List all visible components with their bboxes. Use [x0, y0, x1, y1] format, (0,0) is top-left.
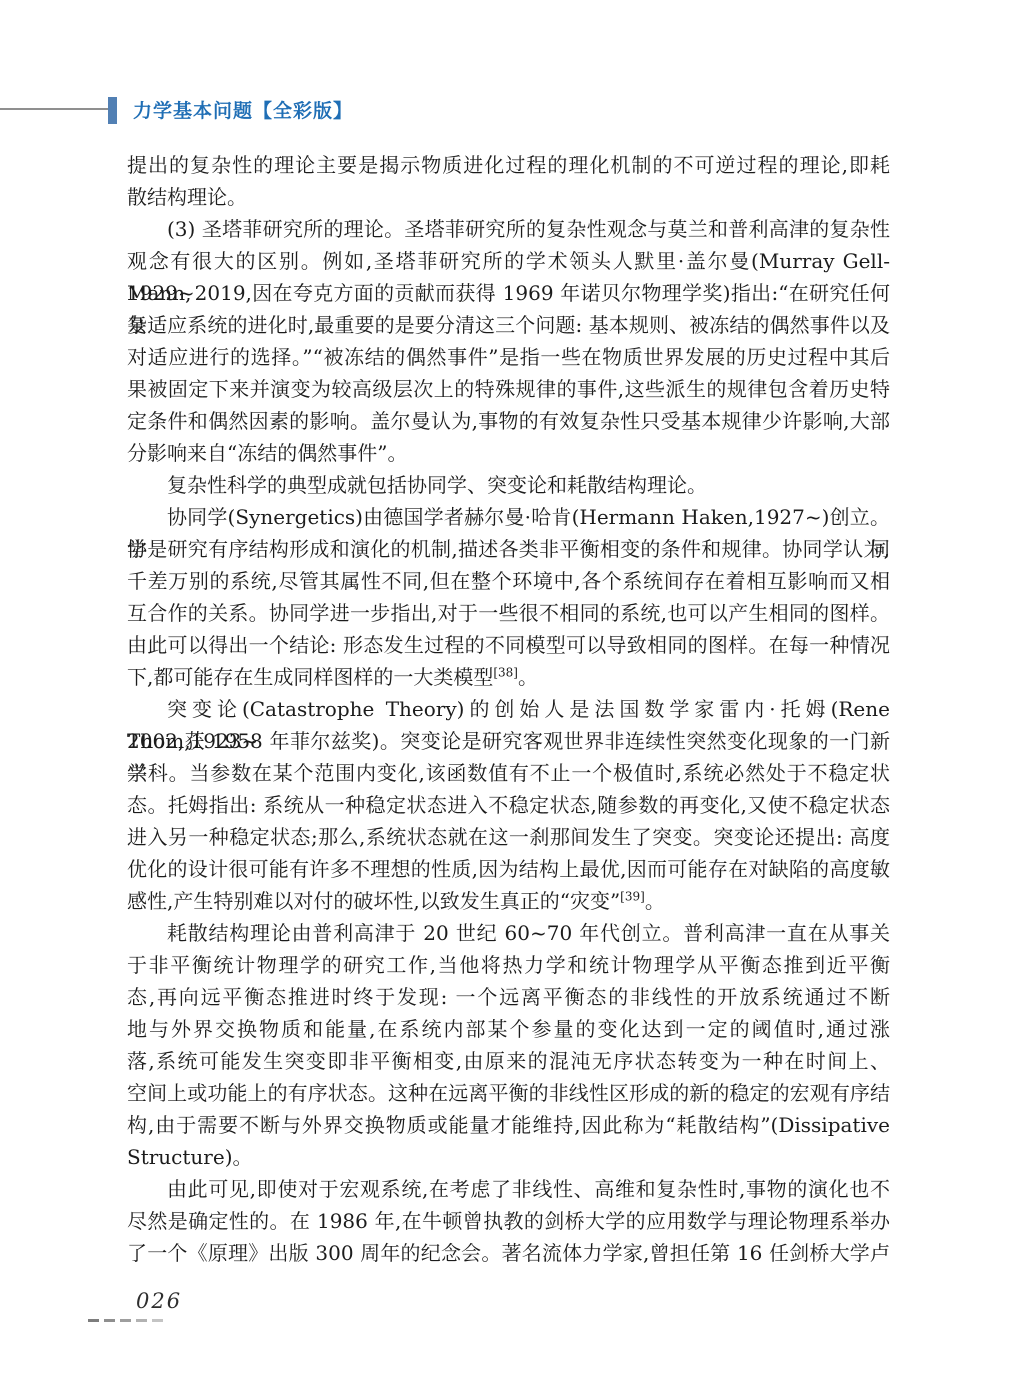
- body-line: 感性,产生特别难以对付的破坏性,以致发生真正的“灾变”[39]。: [127, 885, 890, 917]
- body-line: Structure)。: [127, 1141, 890, 1173]
- body-line: 下,都可能存在生成同样图样的一大类模型[38]。: [127, 661, 890, 693]
- body-line: 观念有很大的区别。例如,圣塔菲研究所的学术领头人默里·盖尔曼(Murray Ge…: [127, 245, 890, 277]
- body-line: 互合作的关系。协同学进一步指出,对于一些很不相同的系统,也可以产生相同的图样。: [127, 597, 890, 629]
- dash: [136, 1319, 147, 1322]
- page-number: 026: [136, 1289, 182, 1313]
- body-line: 千差万别的系统,尽管其属性不同,但在整个环境中,各个系统间存在着相互影响而又相: [127, 565, 890, 597]
- footnote-ref: [39]: [620, 889, 645, 903]
- footnote-ref: [38]: [493, 665, 518, 679]
- body-line: 学科。当参数在某个范围内变化,该函数值有不止一个极值时,系统必然处于不稳定状: [127, 757, 890, 789]
- page-number-rule: [88, 1319, 168, 1322]
- body-text: 提出的复杂性的理论主要是揭示物质进化过程的理化机制的不可逆过程的理论,即耗散结构…: [127, 149, 890, 1269]
- body-line: 果被固定下来并演变为较高级层次上的特殊规律的事件,这些派生的规律包含着历史特: [127, 373, 890, 405]
- body-line: 了一个《原理》出版 300 周年的纪念会。著名流体力学家,曾担任第 16 任剑桥…: [127, 1237, 890, 1269]
- body-line: (3) 圣塔菲研究所的理论。圣塔菲研究所的复杂性观念与莫兰和普利高津的复杂性: [127, 213, 890, 245]
- body-line: 由此可以得出一个结论: 形态发生过程的不同模型可以导致相同的图样。在每一种情况: [127, 629, 890, 661]
- dash: [104, 1319, 115, 1322]
- body-line: 地与外界交换物质和能量,在系统内部某个参量的变化达到一定的阈值时,通过涨: [127, 1013, 890, 1045]
- header-accent-bar: [108, 97, 117, 124]
- body-line: 态,再向远平衡态推进时终于发现: 一个远离平衡态的非线性的开放系统通过不断: [127, 981, 890, 1013]
- body-line: 定条件和偶然因素的影响。盖尔曼认为,事物的有效复杂性只受基本规律少许影响,大部: [127, 405, 890, 437]
- body-line: 尽然是确定性的。在 1986 年,在牛顿曾执教的剑桥大学的应用数学与理论物理系举…: [127, 1205, 890, 1237]
- body-line: 杂适应系统的进化时,最重要的是要分清这三个问题: 基本规则、被冻结的偶然事件以及: [127, 309, 890, 341]
- header-rule: [0, 108, 109, 110]
- dash: [88, 1319, 99, 1322]
- body-line: 提出的复杂性的理论主要是揭示物质进化过程的理化机制的不可逆过程的理论,即耗: [127, 149, 890, 181]
- body-line: 2002,获 1958 年菲尔兹奖)。突变论是研究客观世界非连续性突然变化现象的…: [127, 725, 890, 757]
- body-line: 空间上或功能上的有序状态。这种在远离平衡的非线性区形成的新的稳定的宏观有序结: [127, 1077, 890, 1109]
- body-line: 优化的设计很可能有许多不理想的性质,因为结构上最优,因而可能存在对缺陷的高度敏: [127, 853, 890, 885]
- book-page: 力学基本问题【全彩版】 提出的复杂性的理论主要是揭示物质进化过程的理化机制的不可…: [0, 0, 1013, 1396]
- body-line: 耗散结构理论由普利高津于 20 世纪 60~70 年代创立。普利高津一直在从事关: [127, 917, 890, 949]
- dash: [120, 1319, 131, 1322]
- body-line: 落,系统可能发生突变即非平衡相变,由原来的混沌无序状态转变为一种在时间上、: [127, 1045, 890, 1077]
- body-line: 进入另一种稳定状态;那么,系统状态就在这一刹那间发生了突变。突变论还提出: 高度: [127, 821, 890, 853]
- body-line: 学是研究有序结构形成和演化的机制,描述各类非平衡相变的条件和规律。协同学认为,: [127, 533, 890, 565]
- body-line: 复杂性科学的典型成就包括协同学、突变论和耗散结构理论。: [127, 469, 890, 501]
- body-line: 1929~2019,因在夸克方面的贡献而获得 1969 年诺贝尔物理学奖)指出:…: [127, 277, 890, 309]
- body-line: 分影响来自“冻结的偶然事件”。: [127, 437, 890, 469]
- body-line: 态。托姆指出: 系统从一种稳定状态进入不稳定状态,随参数的再变化,又使不稳定状态: [127, 789, 890, 821]
- body-line: 对适应进行的选择。”“被冻结的偶然事件”是指一些在物质世界发展的历史过程中其后: [127, 341, 890, 373]
- running-head-title: 力学基本问题【全彩版】: [133, 100, 353, 124]
- body-line: 散结构理论。: [127, 181, 890, 213]
- body-line: 构,由于需要不断与外界交换物质或能量才能维持,因此称为“耗散结构”(Dissip…: [127, 1109, 890, 1141]
- body-line: 协同学(Synergetics)由德国学者赫尔曼·哈肯(Hermann Hake…: [127, 501, 890, 533]
- body-line: 由此可见,即使对于宏观系统,在考虑了非线性、高维和复杂性时,事物的演化也不: [127, 1173, 890, 1205]
- dash: [152, 1319, 163, 1322]
- body-line: 突变论(Catastrophe Theory)的创始人是法国数学家雷内·托姆(R…: [127, 693, 890, 725]
- body-line: 于非平衡统计物理学的研究工作,当他将热力学和统计物理学从平衡态推到近平衡: [127, 949, 890, 981]
